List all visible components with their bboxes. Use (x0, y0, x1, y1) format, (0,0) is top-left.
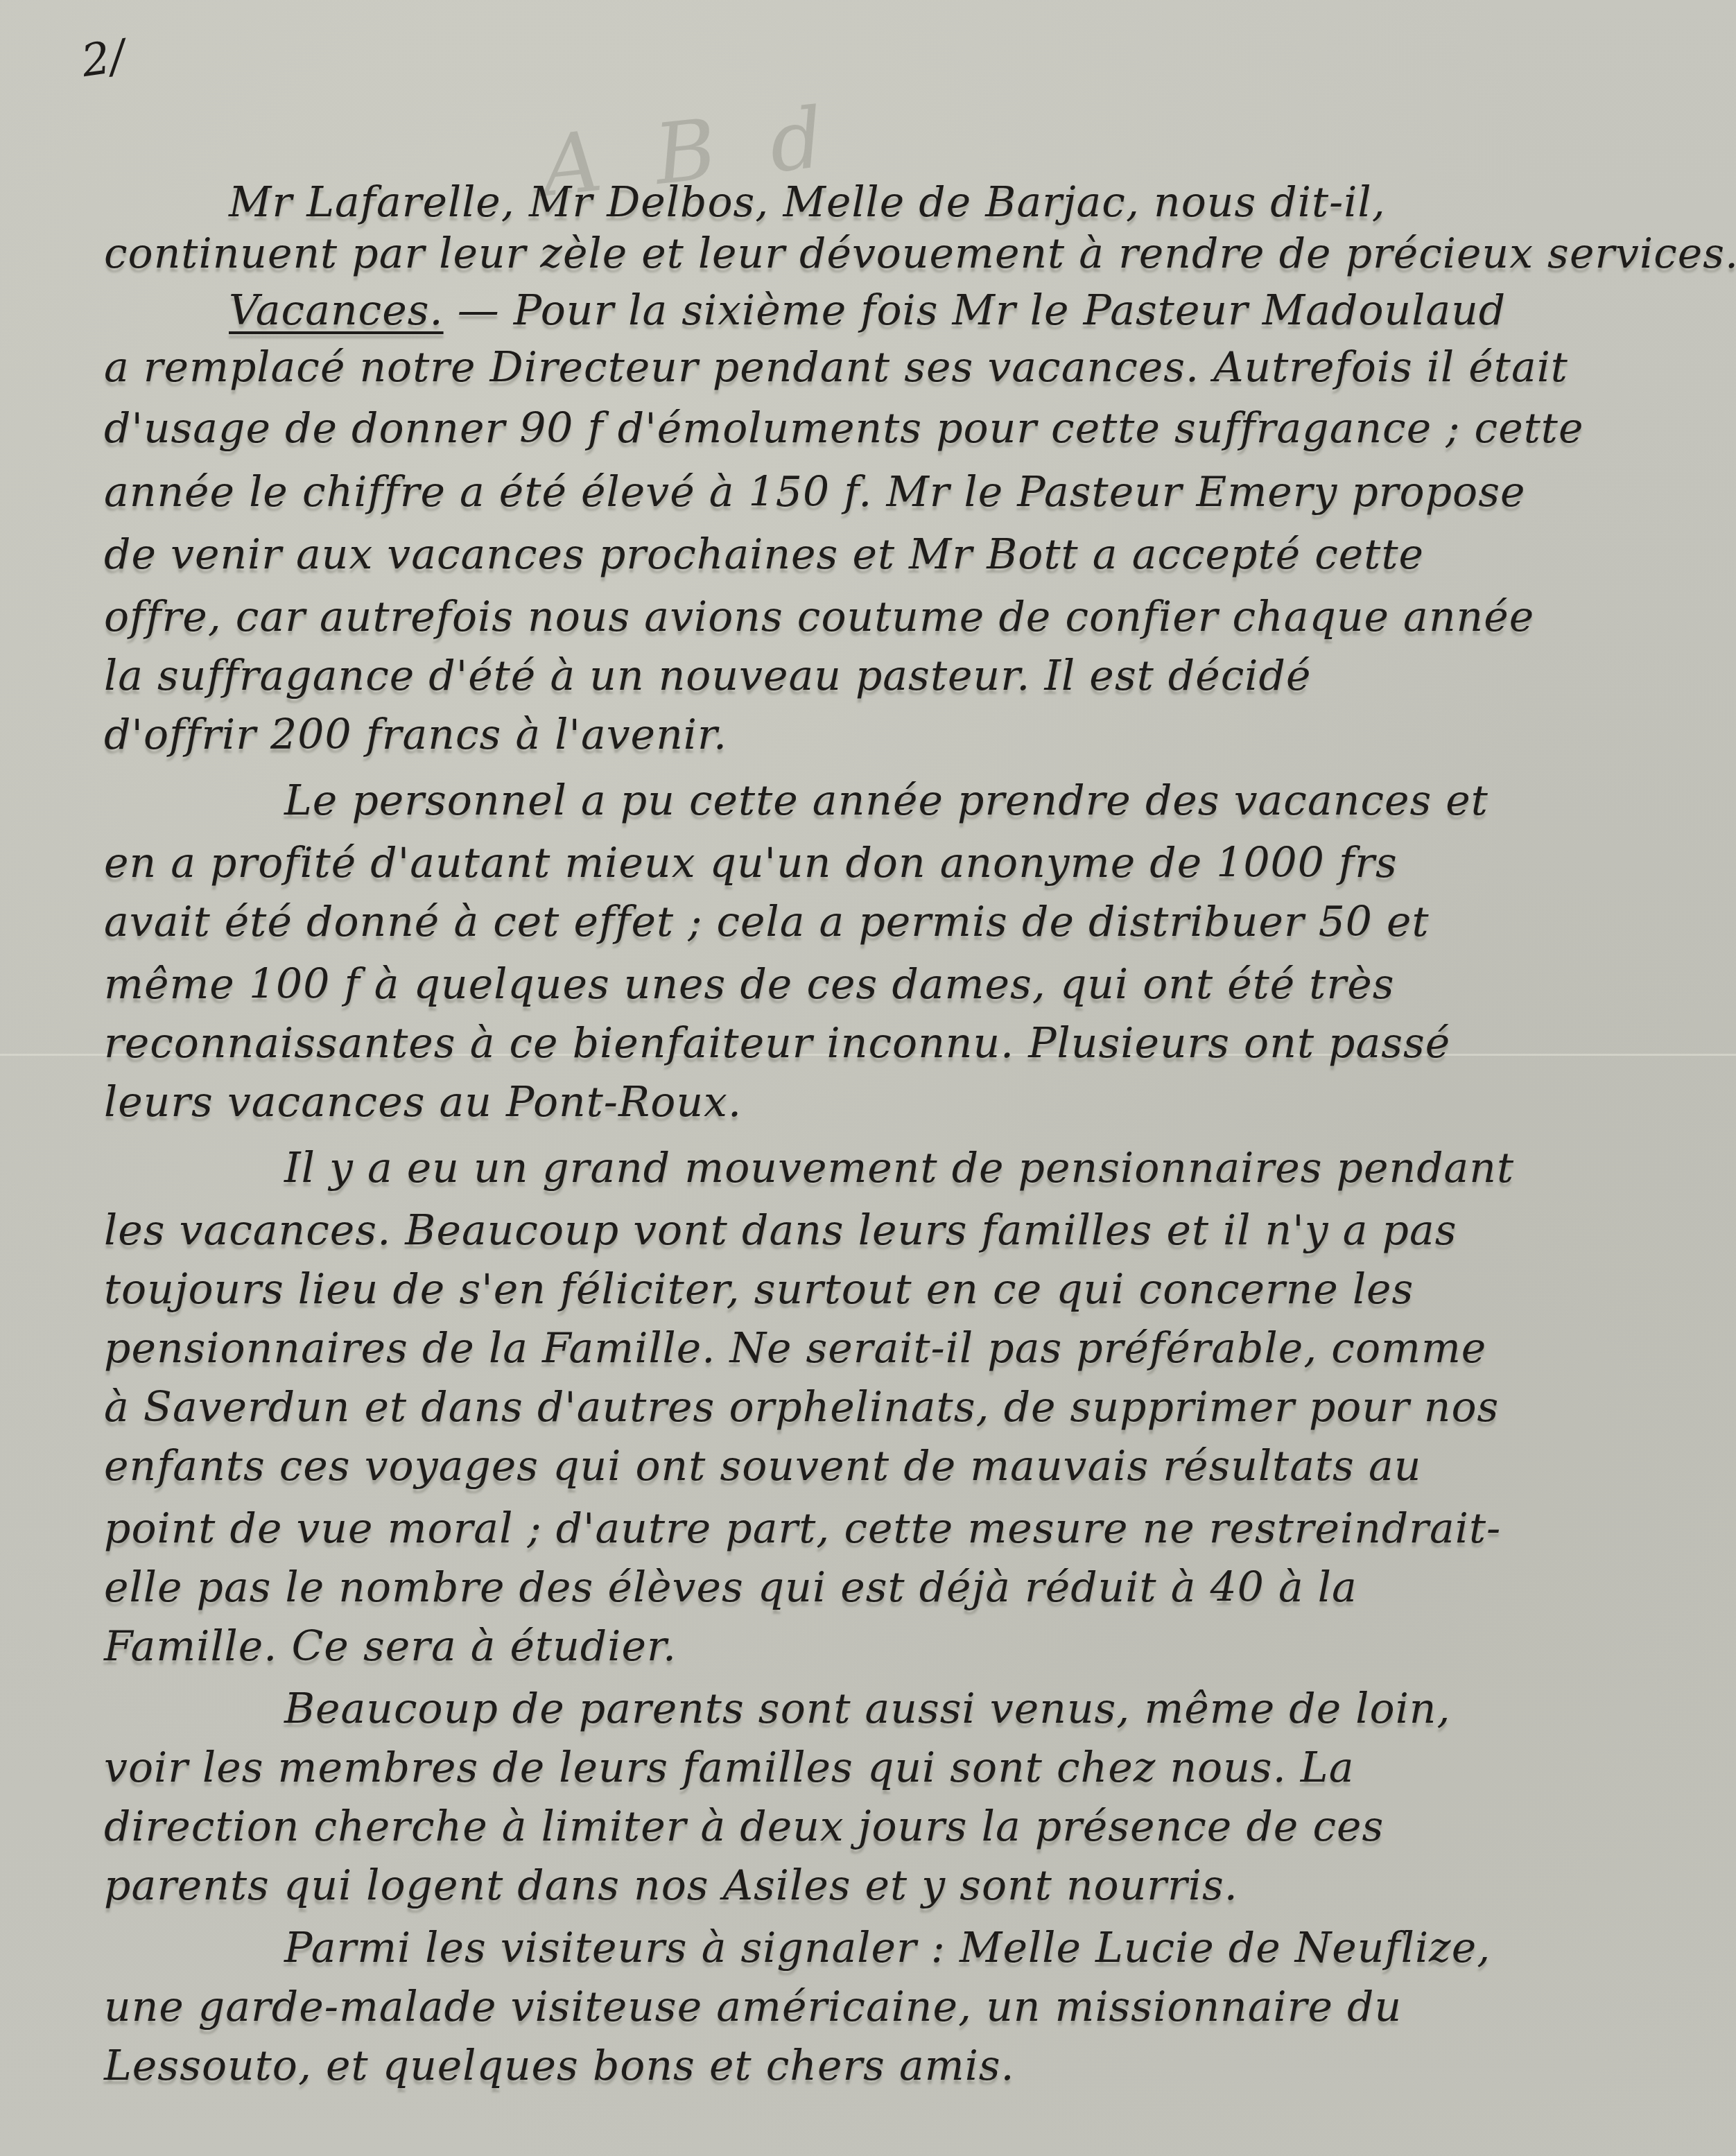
text-line: elle pas le nombre des élèves qui est dé… (104, 1567, 1357, 1608)
text-line: une garde-malade visiteuse américaine, u… (104, 1986, 1402, 2028)
text-line-content: les vacances. Beaucoup vont dans leurs f… (104, 1206, 1457, 1255)
text-line: la suffragance d'été à un nouveau pasteu… (104, 655, 1311, 697)
text-line-content: d'usage de donner 90 f d'émoluments pour… (104, 404, 1583, 453)
text-line-content: avait été donné à cet effet ; cela a per… (104, 898, 1430, 946)
text-line: offre, car autrefois nous avions coutume… (104, 596, 1534, 638)
text-line-content: à Saverdun et dans d'autres orphelinats,… (104, 1383, 1499, 1432)
text-line: toujours lieu de s'en féliciter, surtout… (104, 1269, 1414, 1310)
text-line-content: même 100 f à quelques unes de ces dames,… (104, 960, 1394, 1009)
text-line: Parmi les visiteurs à signaler : Melle L… (284, 1927, 1491, 1969)
text-line-content: parents qui logent dans nos Asiles et y … (104, 1861, 1238, 1910)
text-line: année le chiffre a été élevé à 150 f. Mr… (104, 471, 1526, 513)
text-line: parents qui logent dans nos Asiles et y … (104, 1865, 1238, 1906)
text-line: Beaucoup de parents sont aussi venus, mê… (284, 1688, 1451, 1730)
text-line: Mr Lafarelle, Mr Delbos, Melle de Barjac… (229, 182, 1386, 223)
text-line-content: continuent par leur zèle et leur dévouem… (104, 229, 1736, 278)
page-number: 2/ (78, 31, 128, 87)
text-line-content: Famille. Ce sera à étudier. (104, 1622, 677, 1671)
text-line-content: leurs vacances au Pont-Roux. (104, 1078, 742, 1127)
text-line: a remplacé notre Directeur pendant ses v… (104, 347, 1568, 388)
text-line-content: direction cherche à limiter à deux jours… (104, 1802, 1384, 1851)
text-line: à Saverdun et dans d'autres orphelinats,… (104, 1386, 1499, 1428)
text-line-content: point de vue moral ; d'autre part, cette… (104, 1504, 1501, 1553)
text-line-content: Lessouto, et quelques bons et chers amis… (104, 2042, 1015, 2090)
text-line: de venir aux vacances prochaines et Mr B… (104, 534, 1424, 575)
text-line-content: une garde-malade visiteuse américaine, u… (104, 1983, 1402, 2031)
text-line-content: Il y a eu un grand mouvement de pensionn… (284, 1144, 1514, 1192)
section-title: Vacances. (229, 286, 444, 335)
text-line-content: toujours lieu de s'en féliciter, surtout… (104, 1265, 1414, 1314)
text-line-content: la suffragance d'été à un nouveau pasteu… (104, 652, 1311, 700)
text-line-content: enfants ces voyages qui ont souvent de m… (104, 1442, 1421, 1490)
text-line-content: Parmi les visiteurs à signaler : Melle L… (284, 1924, 1491, 1972)
text-line-content: Beaucoup de parents sont aussi venus, mê… (284, 1685, 1451, 1733)
text-line: Vacances. — Pour la sixième fois Mr le P… (229, 290, 1506, 331)
text-line: direction cherche à limiter à deux jours… (104, 1806, 1384, 1848)
text-line: même 100 f à quelques unes de ces dames,… (104, 964, 1394, 1005)
text-line-content: d'offrir 200 francs à l'avenir. (104, 711, 727, 759)
text-line-content: elle pas le nombre des élèves qui est dé… (104, 1563, 1357, 1612)
text-line-content: en a profité d'autant mieux qu'un don an… (104, 839, 1398, 887)
text-line: reconnaissantes à ce bienfaiteur inconnu… (104, 1023, 1450, 1064)
text-line-content: reconnaissantes à ce bienfaiteur inconnu… (104, 1019, 1450, 1068)
text-line: continuent par leur zèle et leur dévouem… (104, 233, 1736, 275)
text-line: Il y a eu un grand mouvement de pensionn… (284, 1147, 1514, 1189)
text-line: leurs vacances au Pont-Roux. (104, 1081, 742, 1123)
document-page: A B d 2/ Mr Lafarelle, Mr Delbos, Melle … (0, 0, 1736, 2156)
text-line: point de vue moral ; d'autre part, cette… (104, 1508, 1501, 1549)
text-line-content: voir les membres de leurs familles qui s… (104, 1744, 1354, 1792)
text-line-content: pensionnaires de la Famille. Ne serait-i… (104, 1324, 1486, 1373)
text-line: enfants ces voyages qui ont souvent de m… (104, 1445, 1421, 1487)
text-line-content: Mr Lafarelle, Mr Delbos, Melle de Barjac… (229, 178, 1386, 227)
text-line-content: a remplacé notre Directeur pendant ses v… (104, 343, 1568, 392)
text-line: Famille. Ce sera à étudier. (104, 1626, 677, 1667)
text-line: en a profité d'autant mieux qu'un don an… (104, 842, 1398, 884)
text-line: d'offrir 200 francs à l'avenir. (104, 714, 727, 756)
text-line-content: Le personnel a pu cette année prendre de… (284, 776, 1488, 825)
text-line-content: offre, car autrefois nous avions coutume… (104, 593, 1534, 641)
text-line-content: — Pour la sixième fois Mr le Pasteur Mad… (444, 286, 1507, 335)
text-line-content: de venir aux vacances prochaines et Mr B… (104, 530, 1424, 579)
text-line: d'usage de donner 90 f d'émoluments pour… (104, 408, 1583, 449)
text-line: Lessouto, et quelques bons et chers amis… (104, 2045, 1015, 2087)
text-line: Le personnel a pu cette année prendre de… (284, 780, 1488, 821)
text-line: avait été donné à cet effet ; cela a per… (104, 901, 1430, 943)
text-line: voir les membres de leurs familles qui s… (104, 1747, 1354, 1789)
text-line-content: année le chiffre a été élevé à 150 f. Mr… (104, 468, 1526, 516)
text-line: les vacances. Beaucoup vont dans leurs f… (104, 1210, 1457, 1251)
text-line: pensionnaires de la Famille. Ne serait-i… (104, 1328, 1486, 1369)
